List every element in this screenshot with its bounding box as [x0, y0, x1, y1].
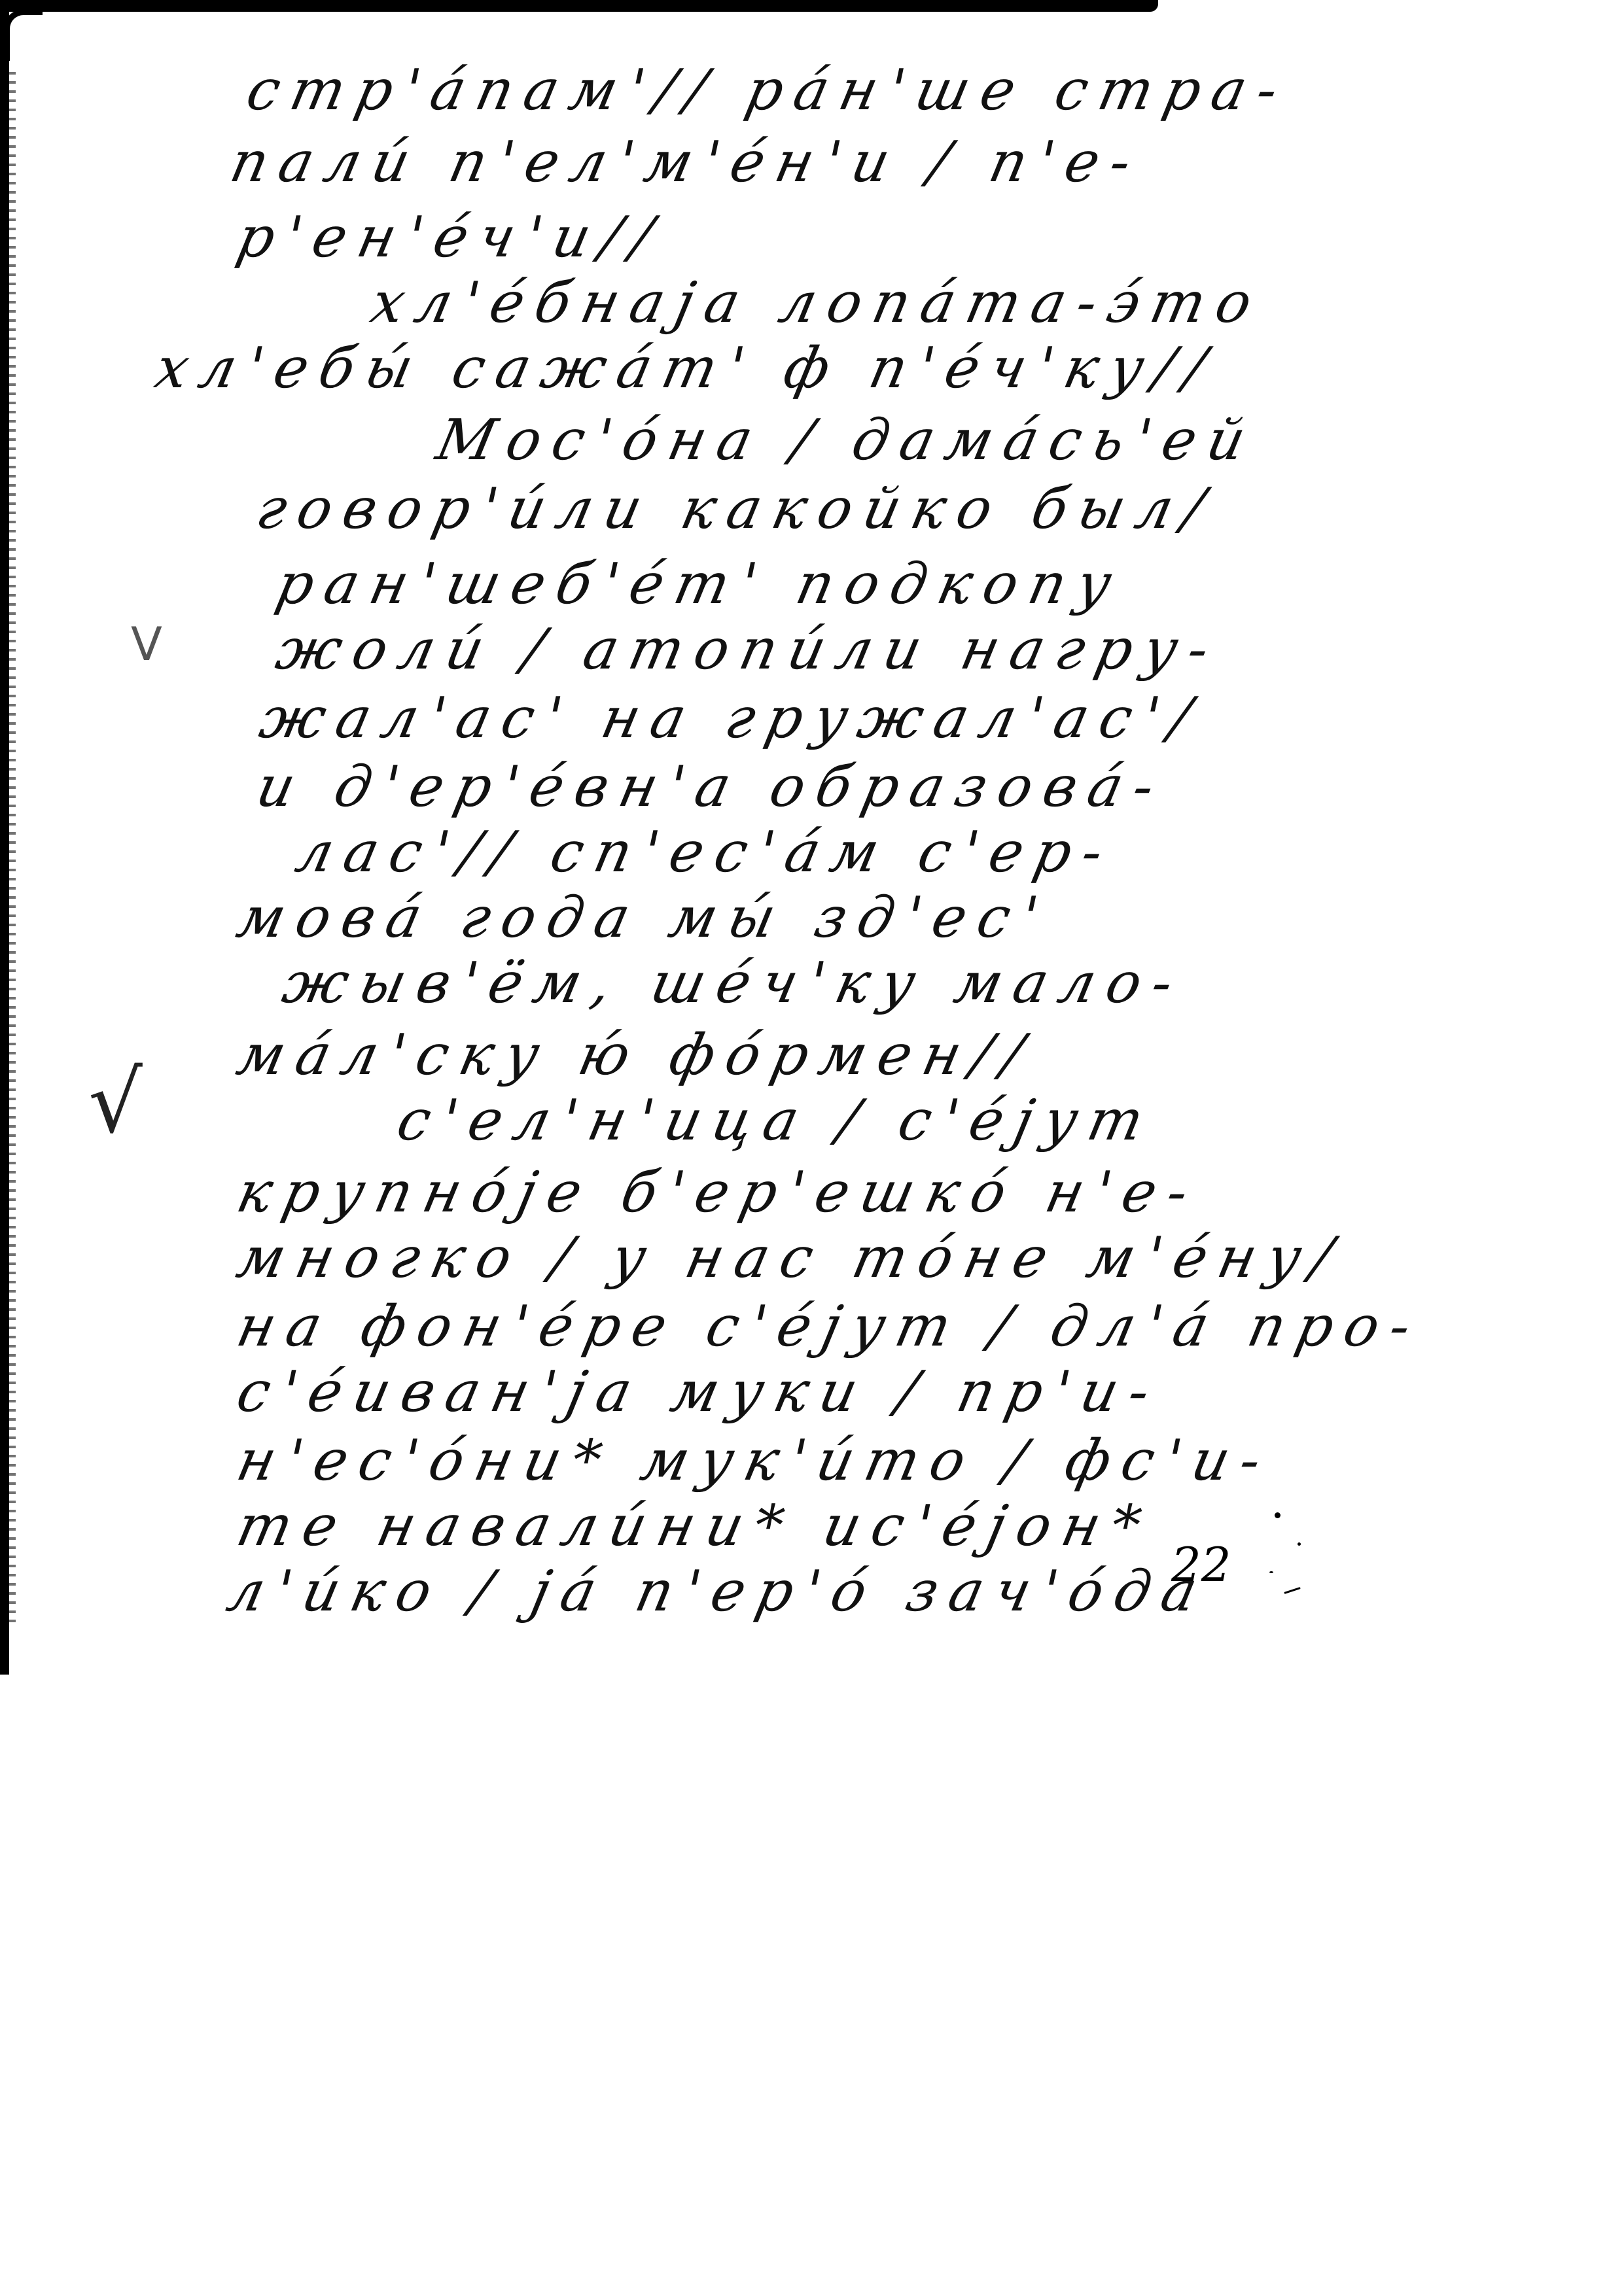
- ink-speck: [1298, 1542, 1301, 1546]
- ink-speck: [1284, 1587, 1301, 1594]
- handwritten-line: жыв'ём, ше́ч'ку мало-: [278, 955, 1190, 1011]
- ink-speck: [1275, 1512, 1280, 1518]
- handwritten-line: ма́л'ску ю́ фо́рмен//: [232, 1027, 1040, 1083]
- handwritten-line: жоли́ / атопи́ли нагру-: [272, 621, 1226, 678]
- handwritten-line: с'е́иван'ја муки / пр'и-: [232, 1364, 1166, 1420]
- scan-border-top: [0, 0, 1158, 12]
- handwritten-line: те навали́ни* ис'е́јон*: [232, 1498, 1157, 1554]
- scan-border-left-noise: [9, 72, 16, 1629]
- handwritten-line: крупнóје б'ер'ешко́ н'е-: [232, 1164, 1205, 1221]
- handwritten-line: лас'// сп'ес'а́м с'ер-: [291, 824, 1120, 880]
- handwritten-line: Мос'о́на / дама́сь'ей: [432, 412, 1262, 468]
- handwritten-line: с'ел'н'ица / с'е́јут: [393, 1092, 1160, 1149]
- handwritten-line: говор'и́ли какойко был/: [252, 481, 1221, 537]
- margin-check-mark-icon: √: [88, 1060, 143, 1145]
- handwritten-line: л'и́ко / ја́ п'ер'о́ зач'о́да: [222, 1563, 1214, 1620]
- handwritten-line: пали́ п'ел'м'е́н'и / п'е-: [226, 134, 1148, 190]
- handwritten-line: р'ен'е́ч'и//: [232, 209, 669, 266]
- handwritten-line: стр'а́пам'// ра́н'ше стра-: [242, 62, 1294, 118]
- handwritten-line: ран'шеб'е́т' подкопу: [272, 556, 1128, 612]
- handwritten-line: жал'ас' на гружал'ас'/: [255, 690, 1207, 746]
- margin-check-mark-icon: V: [131, 621, 162, 667]
- handwritten-line: мова́ года мы́ зд'ес': [232, 890, 1055, 946]
- handwritten-line: многко / у нас тóне м'е́ну/: [232, 1230, 1349, 1286]
- handwritten-line: н'ес'о́ни* мук'и́то / фс'и-: [232, 1433, 1278, 1489]
- manuscript-page: стр'а́пам'// ра́н'ше стра- пали́ п'ел'м'…: [0, 0, 1607, 2296]
- handwritten-line: на фон'е́ре с'е́јут / дл'а́ про-: [232, 1298, 1427, 1355]
- page-number: 22: [1171, 1537, 1231, 1592]
- ink-speck: [1269, 1571, 1273, 1573]
- scan-border-left: [0, 0, 9, 1675]
- handwritten-line: хл'ебы́ сажа́т' ф п'е́ч'ку//: [150, 340, 1222, 396]
- binding-clip-icon: [4, 9, 43, 61]
- handwritten-line: и д'ер'е́вн'а образова́-: [252, 759, 1171, 815]
- handwritten-line: хл'е́бнаја лопа́та-э́то: [366, 275, 1268, 331]
